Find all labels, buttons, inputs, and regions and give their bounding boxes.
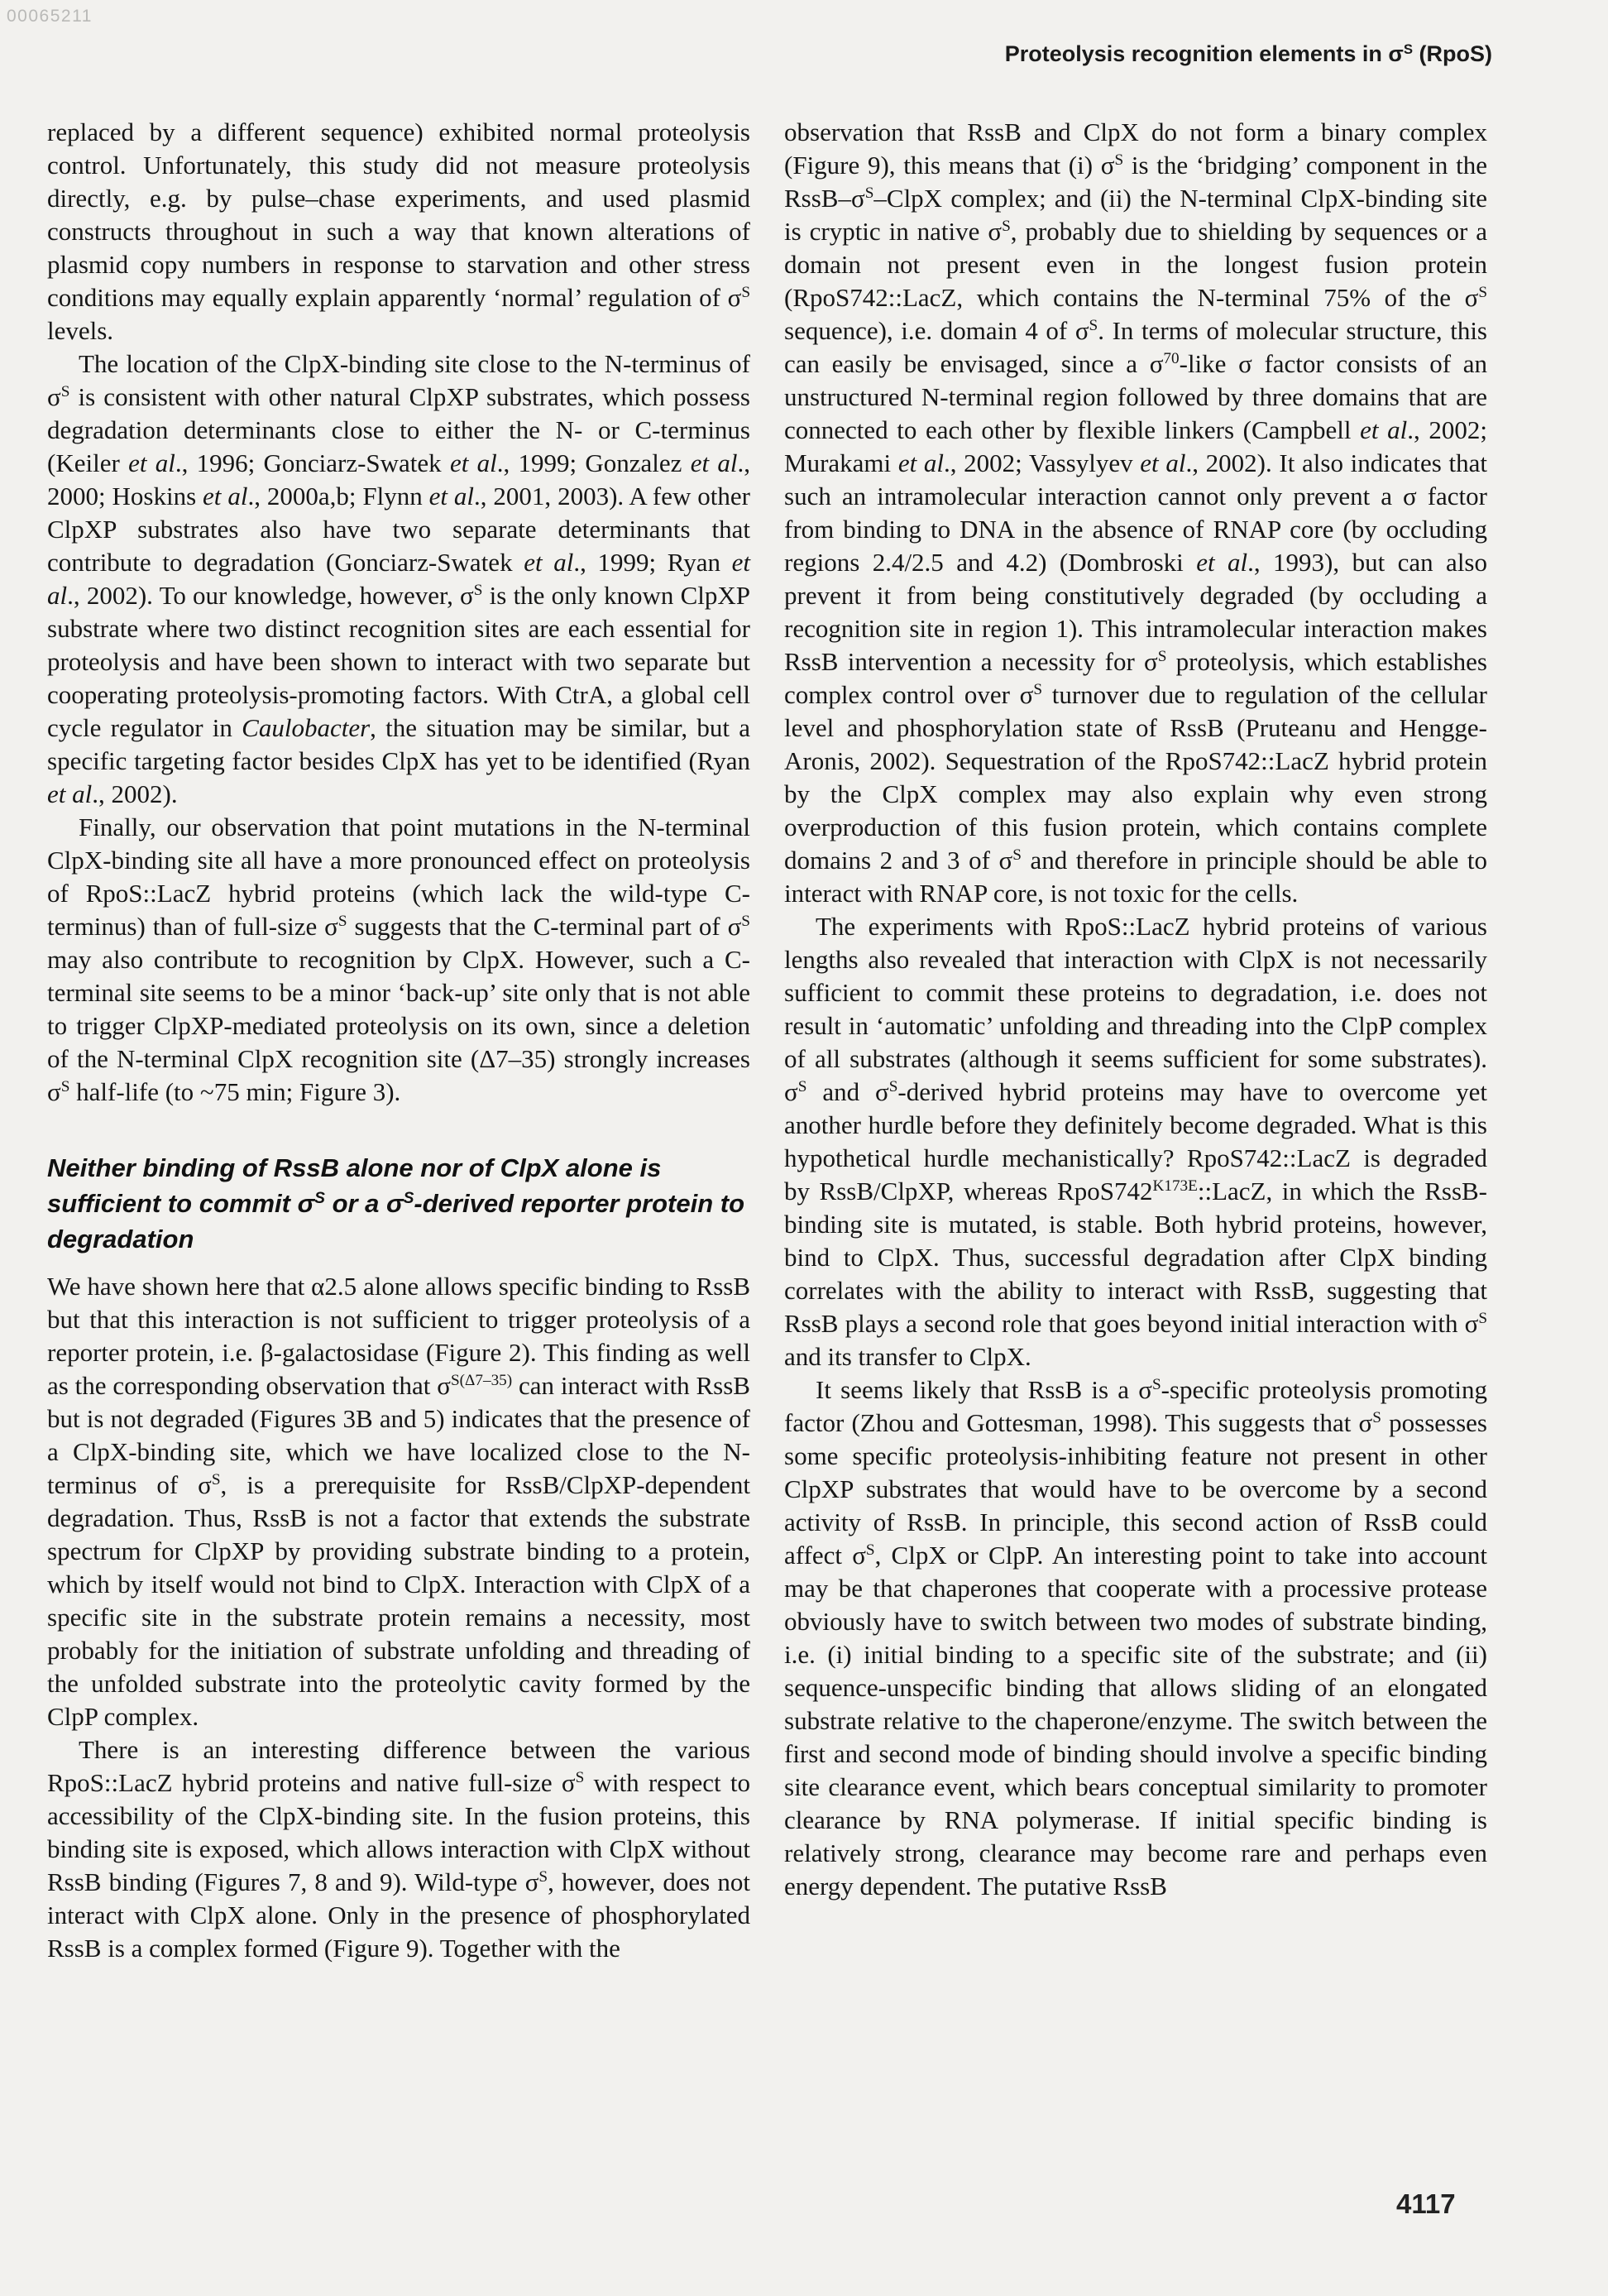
- section-heading: Neither binding of RssB alone nor of Clp…: [47, 1150, 750, 1257]
- paragraph: Finally, our observation that point muta…: [47, 811, 750, 1109]
- paragraph: observation that RssB and ClpX do not fo…: [784, 116, 1487, 910]
- paragraph: We have shown here that α2.5 alone allow…: [47, 1270, 750, 1733]
- left-column: replaced by a different sequence) exhibi…: [47, 116, 750, 1965]
- paragraph: replaced by a different sequence) exhibi…: [47, 116, 750, 348]
- journal-page: 00065211 Proteolysis recognition element…: [0, 0, 1608, 2296]
- paragraph: The location of the ClpX-binding site cl…: [47, 348, 750, 811]
- running-head: Proteolysis recognition elements in σS (…: [784, 41, 1492, 67]
- page-number: 4117: [1396, 2188, 1456, 2220]
- paragraph: It seems likely that RssB is a σS-specif…: [784, 1373, 1487, 1903]
- paragraph: There is an interesting difference betwe…: [47, 1733, 750, 1965]
- right-column: observation that RssB and ClpX do not fo…: [784, 116, 1487, 1903]
- scan-number: 00065211: [7, 7, 93, 26]
- paragraph: The experiments with RpoS::LacZ hybrid p…: [784, 910, 1487, 1373]
